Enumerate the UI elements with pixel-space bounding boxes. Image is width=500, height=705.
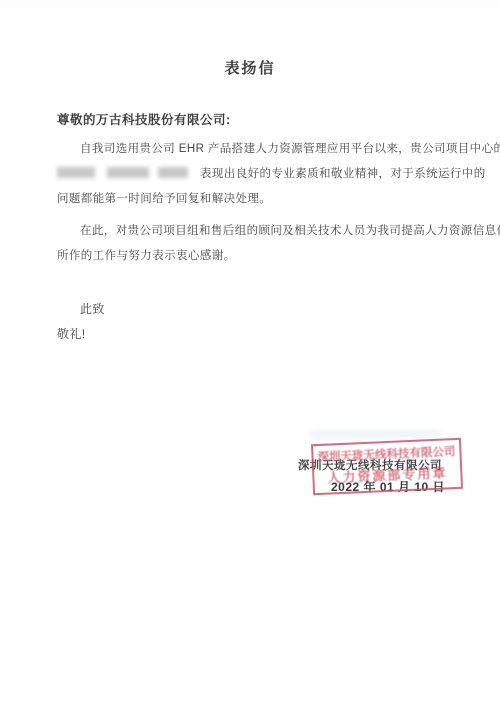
closing-cizhi: 此致: [80, 300, 105, 317]
paragraph2-line2: 所作的工作与努力表示衷心感谢。: [57, 247, 236, 263]
closing-jingli: 敬礼!: [57, 325, 86, 342]
redacted-text: [158, 167, 188, 178]
paragraph2-line1: 在此，对贵公司项目组和售后组的顾问及相关技术人员为我司提高人力资源信息化水平: [80, 222, 500, 238]
letter-title: 表扬信: [0, 57, 500, 78]
salutation: 尊敬的万古科技股份有限公司:: [57, 110, 231, 128]
paragraph1-line2-text: 表现出良好的专业素质和敬业精神，对于系统运行中的: [200, 168, 486, 180]
scan-smudge: [310, 430, 440, 438]
paragraph1-line1-text: 自我司选用贵公司 EHR 产品搭建人力资源管理应用平台以来，贵公司项目中心的: [80, 143, 500, 155]
paragraph1-line2: 表现出良好的专业素质和敬业精神，对于系统运行中的: [57, 165, 486, 181]
letter-page: 表扬信 尊敬的万古科技股份有限公司: 自我司选用贵公司 EHR 产品搭建人力资源…: [0, 0, 500, 705]
stamp-department-label: 人力资源部专用章: [314, 462, 461, 487]
redacted-text: [107, 167, 149, 178]
paragraph1-line3: 问题都能第一时间给予回复和解决处理。: [57, 190, 271, 206]
company-seal-stamp: 深圳天珑无线科技有限公司 人力资源部专用章: [311, 438, 463, 495]
paragraph1-line1: 自我司选用贵公司 EHR 产品搭建人力资源管理应用平台以来，贵公司项目中心的: [80, 140, 500, 156]
redacted-text: [57, 167, 95, 178]
